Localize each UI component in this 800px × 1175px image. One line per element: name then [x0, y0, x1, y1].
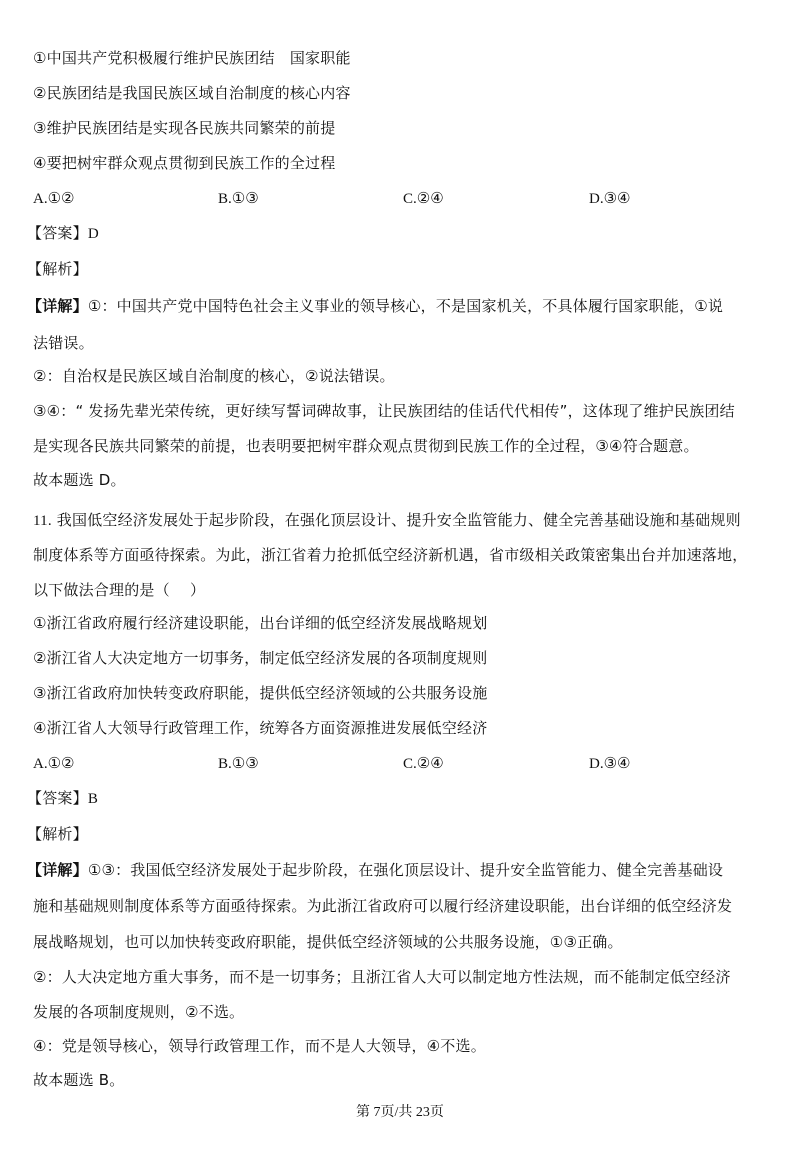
option-value: ①③: [232, 189, 259, 207]
option-letter: D.: [589, 756, 604, 772]
q11-detail-line-3: 展战略规划，也可以加快转变政府职能，提供低空经济领域的公共服务设施，①③正确。: [33, 932, 623, 952]
option-letter: B.: [218, 191, 232, 207]
detail-text: ①：中国共产党中国特色社会主义事业的领导核心，不是国家机关，不具体履行国家职能，…: [88, 297, 723, 315]
q11-option-b: B.①③: [218, 753, 259, 774]
q11-stem-line-2: 制度体系等方面亟待探索。为此，浙江省着力抢抓低空经济新机遇，省市级相关政策密集出…: [33, 545, 747, 565]
option-value: ③④: [604, 189, 631, 207]
q11-stem-line-3: 以下做法合理的是（ ）: [33, 580, 205, 600]
stem-text: 我国低空经济发展处于起步阶段，在强化顶层设计、提升安全监管能力、健全完善基础设施…: [57, 511, 741, 529]
q10-option-a: A.①②: [33, 188, 75, 209]
q11-detail-line-2: 施和基础规则制度体系等方面亟待探索。为此浙江省政府可以履行经济建设职能，出台详细…: [33, 896, 732, 916]
q11-statement-2: ②浙江省人大决定地方一切事务，制定低空经济发展的各项制度规则: [33, 648, 487, 668]
q10-detail-line-5: 是实现各民族共同繁荣的前提，也表明要把树牢群众观点贯彻到民族工作的全过程，③④符…: [33, 436, 699, 456]
q10-statement-3: ③维护民族团结是实现各民族共同繁荣的前提: [33, 118, 335, 138]
option-value: ③④: [604, 754, 631, 772]
q11-statement-4: ④浙江省人大领导行政管理工作，统筹各方面资源推进发展低空经济: [33, 718, 487, 738]
q10-detail-line-1: 【详解】①：中国共产党中国特色社会主义事业的领导核心，不是国家机关，不具体履行国…: [27, 296, 723, 316]
option-value: ①②: [48, 189, 75, 207]
q10-conclusion: 故本题选 D。: [33, 470, 126, 490]
q10-detail-line-2: 法错误。: [33, 333, 94, 353]
q11-detail-line-1: 【详解】①③：我国低空经济发展处于起步阶段，在强化顶层设计、提升安全监管能力、健…: [27, 860, 723, 880]
option-value: ②④: [417, 754, 444, 772]
q11-answer: 【答案】B: [27, 788, 98, 809]
answer-label: 【答案】: [27, 224, 88, 242]
q10-answer: 【答案】D: [27, 223, 99, 244]
detail-label: 【详解】: [27, 297, 88, 315]
option-value: ①②: [48, 754, 75, 772]
q11-stem-line-1: 11. 我国低空经济发展处于起步阶段，在强化顶层设计、提升安全监管能力、健全完善…: [33, 510, 741, 531]
question-number: 11.: [33, 513, 52, 529]
answer-label: 【答案】: [27, 789, 88, 807]
page-number: 第 7页/共 23页: [0, 1104, 800, 1122]
q11-option-a: A.①②: [33, 753, 75, 774]
q11-conclusion: 故本题选 B。: [33, 1070, 124, 1090]
q11-detail-line-6: ④：党是领导核心，领导行政管理工作，而不是人大领导，④不选。: [33, 1036, 486, 1056]
option-letter: D.: [589, 191, 604, 207]
q10-option-c: C.②④: [403, 188, 444, 209]
option-letter: A.: [33, 756, 48, 772]
detail-label: 【详解】: [27, 861, 88, 879]
detail-text: ①③：我国低空经济发展处于起步阶段，在强化顶层设计、提升安全监管能力、健全完善基…: [88, 861, 723, 879]
q10-statement-1: ①中国共产党积极履行维护民族团结 国家职能: [33, 48, 351, 68]
answer-value: B: [88, 791, 98, 807]
q10-option-d: D.③④: [589, 188, 631, 209]
q10-option-b: B.①③: [218, 188, 259, 209]
q10-detail-line-3: ②：自治权是民族区域自治制度的核心，②说法错误。: [33, 366, 395, 386]
q11-option-d: D.③④: [589, 753, 631, 774]
q11-analysis-label: 【解析】: [27, 824, 88, 844]
option-letter: C.: [403, 191, 417, 207]
q10-analysis-label: 【解析】: [27, 259, 88, 279]
q11-detail-line-5: 发展的各项制度规则，②不选。: [33, 1002, 244, 1022]
option-letter: B.: [218, 756, 232, 772]
q11-statement-3: ③浙江省政府加快转变政府职能，提供低空经济领域的公共服务设施: [33, 683, 487, 703]
q10-detail-line-4: ③④：“ 发扬先辈光荣传统，更好续写誓词碑故事，让民族团结的佳话代代相传”，这体…: [33, 401, 735, 421]
q11-statement-1: ①浙江省政府履行经济建设职能，出台详细的低空经济发展战略规划: [33, 613, 487, 633]
option-value: ①③: [232, 754, 259, 772]
option-letter: A.: [33, 191, 48, 207]
q10-statement-4: ④要把树牢群众观点贯彻到民族工作的全过程: [33, 153, 335, 173]
q10-statement-2: ②民族团结是我国民族区域自治制度的核心内容: [33, 83, 351, 103]
answer-value: D: [88, 226, 99, 242]
q11-detail-line-4: ②：人大决定地方重大事务，而不是一切事务；且浙江省人大可以制定地方性法规，而不能…: [33, 967, 731, 987]
option-letter: C.: [403, 756, 417, 772]
q11-option-c: C.②④: [403, 753, 444, 774]
option-value: ②④: [417, 189, 444, 207]
